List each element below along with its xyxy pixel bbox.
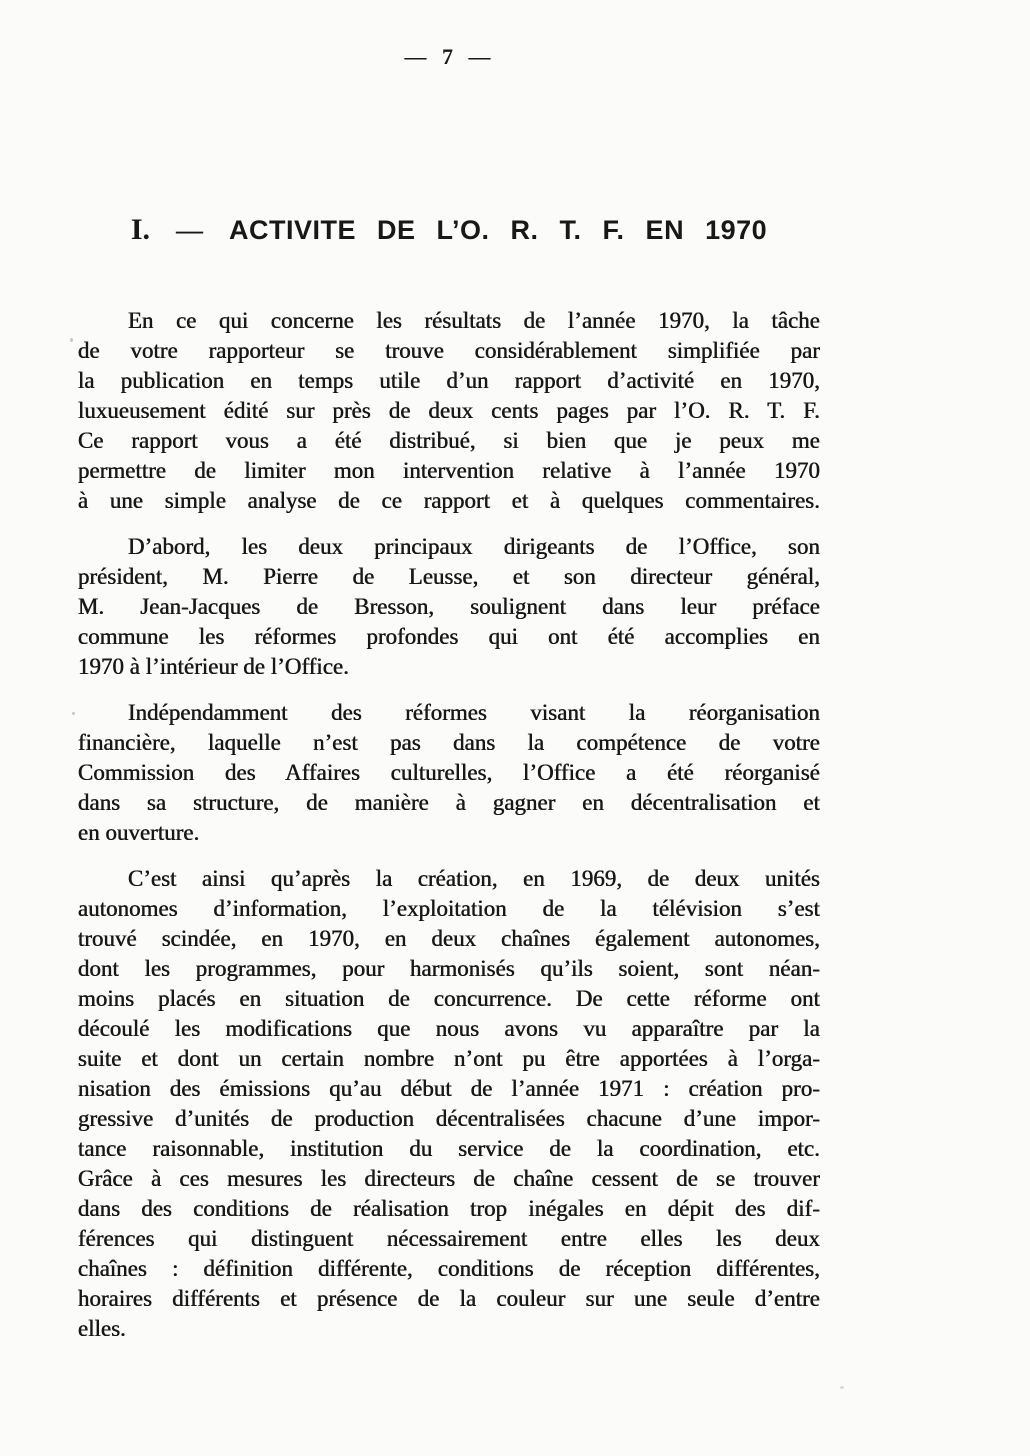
heading-numeral: I. xyxy=(131,213,150,247)
text-line: trouvé scindée, en 1970, en deux chaînes… xyxy=(78,924,820,954)
text-line: 1970 à l’intérieur de l’Office. xyxy=(78,652,820,682)
scan-speck xyxy=(70,338,73,342)
text-line: D’abord, les deux principaux dirigeants … xyxy=(78,532,820,562)
text-line: luxueusement édité sur près de deux cent… xyxy=(78,396,820,426)
text-line: M. Jean-Jacques de Bresson, soulignent d… xyxy=(78,592,820,622)
paragraph: Indépendamment des réformes visant la ré… xyxy=(78,698,820,848)
text-line: autonomes d’information, l’exploitation … xyxy=(78,894,820,924)
text-line: Indépendamment des réformes visant la ré… xyxy=(78,698,820,728)
heading-dash: — xyxy=(176,215,203,246)
text-line: En ce qui concerne les résultats de l’an… xyxy=(78,306,820,336)
text-line: Commission des Affaires culturelles, l’O… xyxy=(78,758,820,788)
text-line: en ouverture. xyxy=(78,818,820,848)
text-line: permettre de limiter mon intervention re… xyxy=(78,456,820,486)
text-line: dont les programmes, pour harmonisés qu’… xyxy=(78,954,820,984)
document-page: — 7 — I. — ACTIVITE DE L’O. R. T. F. EN … xyxy=(0,0,1030,1456)
scan-speck xyxy=(840,1386,844,1389)
text-line: de votre rapporteur se trouve considérab… xyxy=(78,336,820,366)
text-line: président, M. Pierre de Leusse, et son d… xyxy=(78,562,820,592)
section-heading: I. — ACTIVITE DE L’O. R. T. F. EN 1970 xyxy=(78,213,820,247)
text-line: Ce rapport vous a été distribué, si bien… xyxy=(78,426,820,456)
text-line: Grâce à ces mesures les directeurs de ch… xyxy=(78,1164,820,1194)
text-line: financière, laquelle n’est pas dans la c… xyxy=(78,728,820,758)
paragraph: D’abord, les deux principaux dirigeants … xyxy=(78,532,820,682)
heading-title: ACTIVITE DE L’O. R. T. F. EN 1970 xyxy=(229,215,767,246)
text-line: gressive d’unités de production décentra… xyxy=(78,1104,820,1134)
text-line: horaires différents et présence de la co… xyxy=(78,1284,820,1314)
text-line: chaînes : définition différente, conditi… xyxy=(78,1254,820,1284)
text-line: nisation des émissions qu’au début de l’… xyxy=(78,1074,820,1104)
paragraph: C’est ainsi qu’après la création, en 196… xyxy=(78,864,820,1344)
paragraph: En ce qui concerne les résultats de l’an… xyxy=(78,306,820,516)
text-line: commune les réformes profondes qui ont é… xyxy=(78,622,820,652)
text-line: la publication en temps utile d’un rappo… xyxy=(78,366,820,396)
page-number: — 7 — xyxy=(78,44,820,70)
text-line: découlé les modifications que nous avons… xyxy=(78,1014,820,1044)
scan-speck xyxy=(72,712,75,715)
text-line: à une simple analyse de ce rapport et à … xyxy=(78,486,820,516)
text-line: moins placés en situation de concurrence… xyxy=(78,984,820,1014)
text-line: C’est ainsi qu’après la création, en 196… xyxy=(78,864,820,894)
text-line: dans sa structure, de manière à gagner e… xyxy=(78,788,820,818)
text-line: tance raisonnable, institution du servic… xyxy=(78,1134,820,1164)
body-text: En ce qui concerne les résultats de l’an… xyxy=(78,306,820,1344)
text-line: suite et dont un certain nombre n’ont pu… xyxy=(78,1044,820,1074)
text-line: elles. xyxy=(78,1314,820,1344)
text-line: férences qui distinguent nécessairement … xyxy=(78,1224,820,1254)
text-line: dans des conditions de réalisation trop … xyxy=(78,1194,820,1224)
